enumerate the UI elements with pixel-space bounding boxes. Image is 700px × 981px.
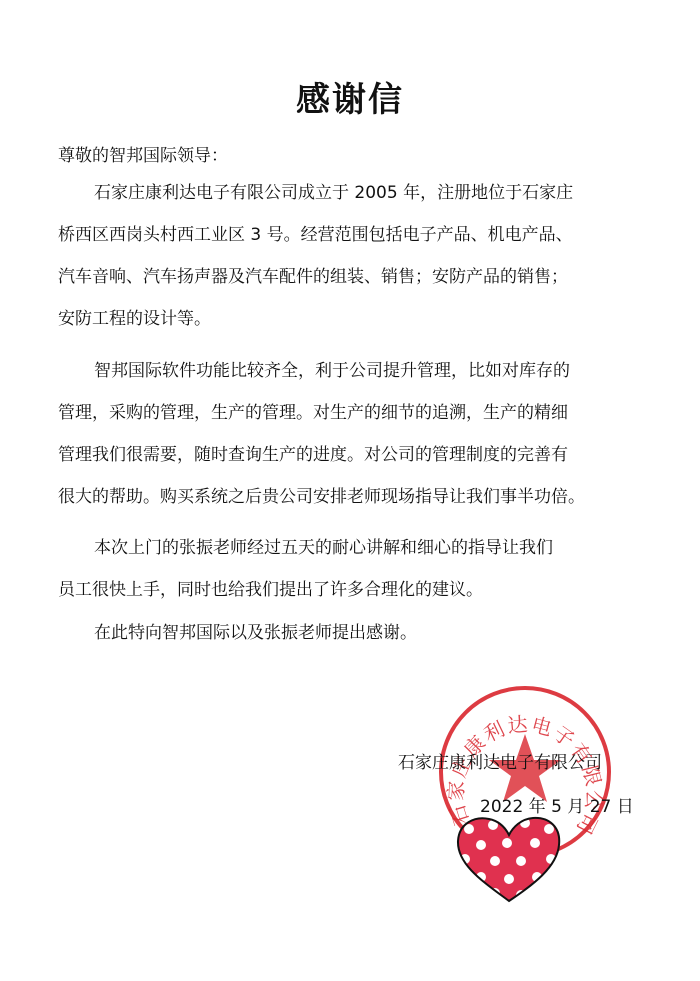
text-line: 石家庄康利达电子有限公司成立于 2005 年，注册地位于石家庄 [58, 172, 638, 214]
text-line: 在此特向智邦国际以及张振老师提出感谢。 [58, 612, 638, 654]
text-line: 很大的帮助。购买系统之后贵公司安排老师现场指导让我们事半功倍。 [58, 476, 638, 518]
paragraph-teacher-praise: 本次上门的张振老师经过五天的耐心讲解和细心的指导让我们 员工很快上手，同时也给我… [58, 527, 638, 611]
text-line: 管理我们很需要，随时查询生产的进度。对公司的管理制度的完善有 [58, 434, 638, 476]
signature-date: 2022 年 5 月 27 日 [480, 792, 634, 817]
text-line: 汽车音响、汽车扬声器及汽车配件的组装、销售；安防产品的销售； [58, 256, 638, 298]
paragraph-company-intro: 石家庄康利达电子有限公司成立于 2005 年，注册地位于石家庄 桥西区西岗头村西… [58, 172, 638, 340]
text-line: 员工很快上手，同时也给我们提出了许多合理化的建议。 [58, 569, 638, 611]
greeting: 尊敬的智邦国际领导： [58, 141, 228, 166]
heart-sticker-icon [455, 815, 563, 905]
text-line: 安防工程的设计等。 [58, 298, 638, 340]
text-line: 管理，采购的管理，生产的管理。对生产的细节的追溯，生产的精细 [58, 392, 638, 434]
letter-title: 感谢信 [0, 72, 700, 121]
text-line: 桥西区西岗头村西工业区 3 号。经营范围包括电子产品、机电产品、 [58, 214, 638, 256]
text-line: 本次上门的张振老师经过五天的耐心讲解和细心的指导让我们 [58, 527, 638, 569]
signature-company: 石家庄康利达电子有限公司 [398, 748, 602, 773]
text-line: 智邦国际软件功能比较齐全，利于公司提升管理，比如对库存的 [58, 350, 638, 392]
paragraph-software-praise: 智邦国际软件功能比较齐全，利于公司提升管理，比如对库存的 管理，采购的管理，生产… [58, 350, 638, 518]
paragraph-thanks: 在此特向智邦国际以及张振老师提出感谢。 [58, 612, 638, 654]
